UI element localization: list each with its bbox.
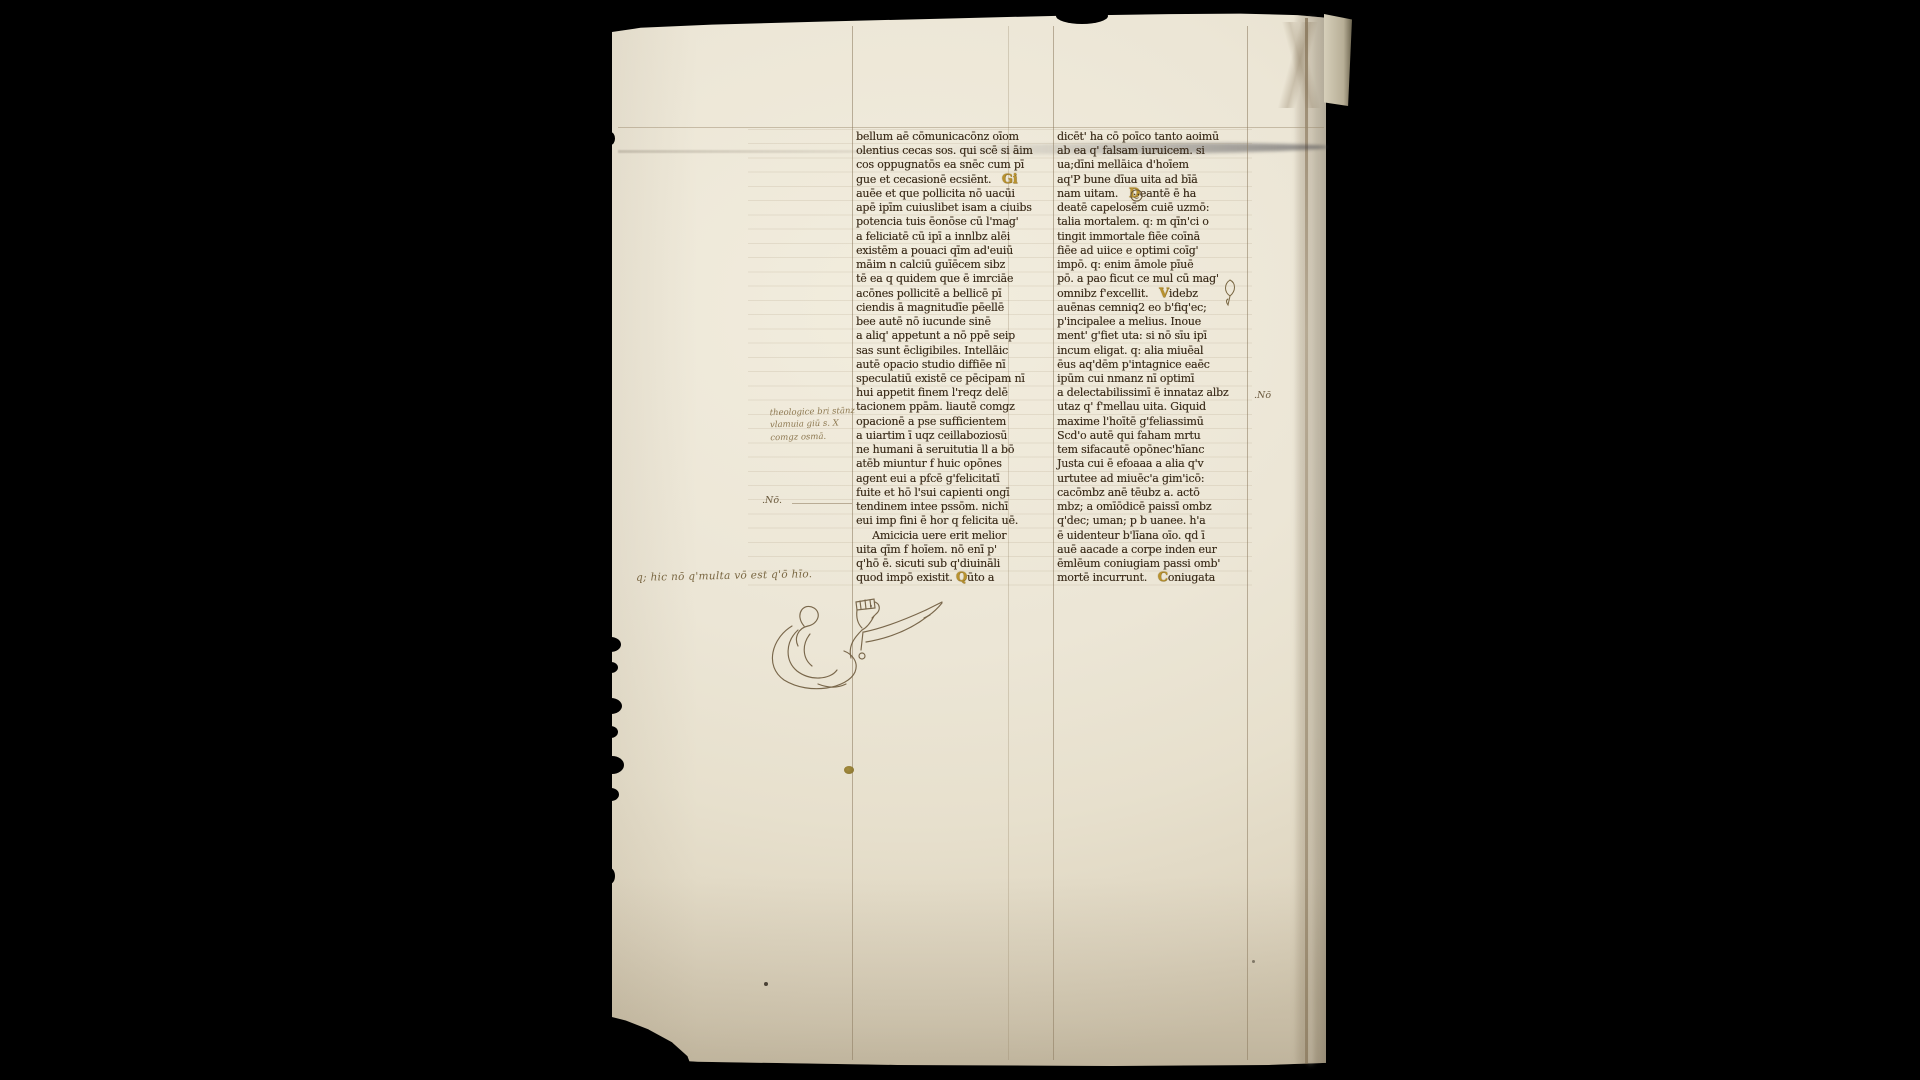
ruling-line-vertical [1247,26,1248,1060]
manuscript-text-line: sas sunt ēcligibiles. Intellāic [856,344,1046,358]
corner-fold-crease [1268,22,1326,108]
manuscript-text-line: quod impō existit. Qūto a [856,571,1046,585]
manuscript-text-line: atēb miuntur f huic opōnes [856,457,1046,471]
manuscript-text-line: urtutee ad miuēc'a gim'icō: [1057,472,1247,486]
manuscript-text-line: Scd'o autē qui faham mrtu [1057,429,1247,443]
manuscript-text-line: auēe et que pollicita nō uacūi [856,187,1046,201]
ruling-line-vertical [852,26,853,1060]
manuscript-text-line: speculatiū existē ce pēcipam nī [856,372,1046,386]
manuscript-text-line: q'hō ē. sicuti sub q'diuināli [856,557,1046,571]
parchment-edge-hole [1056,8,1108,24]
manuscript-text-line: a uiartim ī uqz ceillaboziosū [856,429,1046,443]
manuscript-text-line: potencia tuis ēonōse cū l'mag' [856,215,1046,229]
manuscript-text-line: ipūm cui nmanz nī optimī [1057,372,1247,386]
gutter-fold-crease [1305,18,1308,1064]
parchment-edge-hole [604,662,618,673]
manuscript-text-line: bee autē nō iucunde sinē [856,315,1046,329]
manuscript-text-line: maxime l'hoītē g'feliassimū [1057,415,1247,429]
gold-initial: V [1159,286,1169,301]
manuscript-text-line: autē opacio studio diffiēe nī [856,358,1046,372]
manuscript-text-line: opacionē a pse sufficientem [856,415,1046,429]
parchment-edge-hole [606,132,615,145]
manuscript-text-line: tem sifacautē opōnec'hīanc [1057,443,1247,457]
manuscript-text-line: eui imp fini ē hor q felicita uē. [856,514,1046,528]
manuscript-text-line: ne humani ā seruitutia ll a bō [856,443,1046,457]
ruling-line-vertical [1053,26,1054,1060]
marginal-gloss-line: comgz osmā. [770,430,866,445]
manuscript-text-line: p'incipalee a melius. Inoue [1057,315,1247,329]
manuscript-text-line: aq'P bune dīua uita ad bīā [1057,173,1247,187]
manuscript-text-line: tē ea q quidem que ē imrciāe [856,272,1046,286]
manuscript-text-line: hui appetit finem l'reqz delē [856,386,1046,400]
manuscript-text-line: fuite et hō l'sui capienti ongī [856,486,1046,500]
dark-speck [1252,960,1255,963]
manuscript-text-line: nam uitam. Deantē ē ha [1057,187,1247,201]
manuscript-text-line: māim n calciū guīēcem sibz [856,258,1046,272]
marginal-gloss: theologice bri stānz vlamuia giū s. X co… [770,405,867,445]
manuscript-text-line: apē ipīm cuiuslibet isam a ciuibs [856,201,1046,215]
parchment-edge-hole [605,868,615,884]
manuscript-text-line: a feliciatē cū ipī a innlbz alēi [856,230,1046,244]
top-ruling-line [618,127,1324,128]
parchment-edge-hole [600,698,622,714]
manuscript-text-line: bellum aē cōmunicacōnz oīom [856,130,1046,144]
parchment-edge-hole [603,788,619,801]
manuscript-text-line: ab ea q' falsam iuruicem. si [1057,144,1247,158]
manuscript-text-line: Amicicia uere erit melior [856,529,1046,543]
manuscript-text-line: uita qīm f hoīem. nō enī p' [856,543,1046,557]
manuscript-photo: bellum aē cōmunicacōnz oīomolentius ceca… [0,0,1920,1080]
nota-mark-right: .Nō [1254,390,1271,401]
parchment-edge-hole [600,756,624,774]
manuscript-text-line: cacōmbz anē tēubz a. actō [1057,486,1247,500]
manuscript-text-line: tendinem intee pssōm. nichī [856,500,1046,514]
manuscript-text-line: omnibz f'excellit. Videbz [1057,287,1247,301]
manuscript-text-line: cos oppugnatōs ea snēc cum pī [856,158,1046,172]
manuscript-text-line: mbz; a omīōdicē paissī ombz [1057,500,1247,514]
ink-blot-stain [844,766,854,774]
dark-speck [764,982,768,986]
manuscript-text-line: fiēe ad uiice e optimi coīg' [1057,244,1247,258]
gold-initial: C [1158,570,1168,585]
manuscript-text-line: tacionem ppām. liautē comgz [856,400,1046,414]
manuscript-text-line: tingit immortale fiēe coīnā [1057,230,1247,244]
manuscript-text-line: pō. a pao ficut ce mul cū mag' [1057,272,1247,286]
manuscript-text-line: olentius cecas sos. qui scē si āim [856,144,1046,158]
pointing-figure-drawing [758,588,948,693]
nota-mark-left: .Nō. [762,495,782,506]
gold-initial: Q [956,570,967,585]
text-column-left: bellum aē cōmunicacōnz oīomolentius ceca… [856,130,1046,586]
manuscript-text-line: ē uidenteur b'līana oīo. qd ī [1057,529,1247,543]
manuscript-text-line: ua;dīni mellāica d'hoīem [1057,158,1247,172]
manuscript-text-line: ēus aq'dēm p'intagnice eaēc [1057,358,1247,372]
manuscript-text-line: dicēt' ha cō poīco tanto aoimū [1057,130,1247,144]
manuscript-text-line: a aliq' appetunt a nō ppē seip [856,329,1046,343]
face-doodle-in-initial [1129,188,1144,203]
parchment-edge-hole [603,726,618,738]
manuscript-text-line: existēm a pouaci qīm ad'euiū [856,244,1046,258]
manuscript-text-line: utaz q' f'mellau uita. Giquid [1057,400,1247,414]
manuscript-text-line: ment' g'fiet uta: si nō sīu ipī [1057,329,1247,343]
manuscript-text-line: q'dec; uman; p b uanee. h'a [1057,514,1247,528]
manuscript-text-line: Justa cui ē efoaaa a alia q'v [1057,457,1247,471]
manuscript-text-line: gue et cecasionē ecsiēnt. Gi [856,173,1046,187]
adjacent-page-edge [1324,14,1352,106]
manuscript-text-line: a delectabilissimī ē innataz albz [1057,386,1247,400]
manuscript-text-line: incum eligat. q: alia miuēal [1057,344,1247,358]
manuscript-text-line: acōnes pollicitē a bellicē pī [856,287,1046,301]
manuscript-text-line: deatē capelosēm cuiē uzmō: [1057,201,1247,215]
manuscript-text-line: auēnas cemniq2 eo b'fiq'ec; [1057,301,1247,315]
manuscript-text-line: agent eui a pfcē g'felicitatī [856,472,1046,486]
manuscript-text-line: impō. q: enim āmole pīuē [1057,258,1247,272]
gold-initial: Gi [1002,172,1018,187]
manuscript-text-line: ēmlēum coniugiam passi omb' [1057,557,1247,571]
manuscript-text-line: talia mortalem. q: m qīn'ci o [1057,215,1247,229]
ruling-line-segment [792,503,852,504]
manuscript-text-line: mortē incurrunt. Coniugata [1057,571,1247,585]
parchment-edge-hole [601,637,621,652]
manuscript-text-line: auē aacade a corpe inden eur [1057,543,1247,557]
text-column-right: dicēt' ha cō poīco tanto aoimūab ea q' f… [1057,130,1247,586]
margin-flourish-doodle [1220,278,1244,308]
manuscript-text-line: ciendis ā magnitudīe pēellē [856,301,1046,315]
